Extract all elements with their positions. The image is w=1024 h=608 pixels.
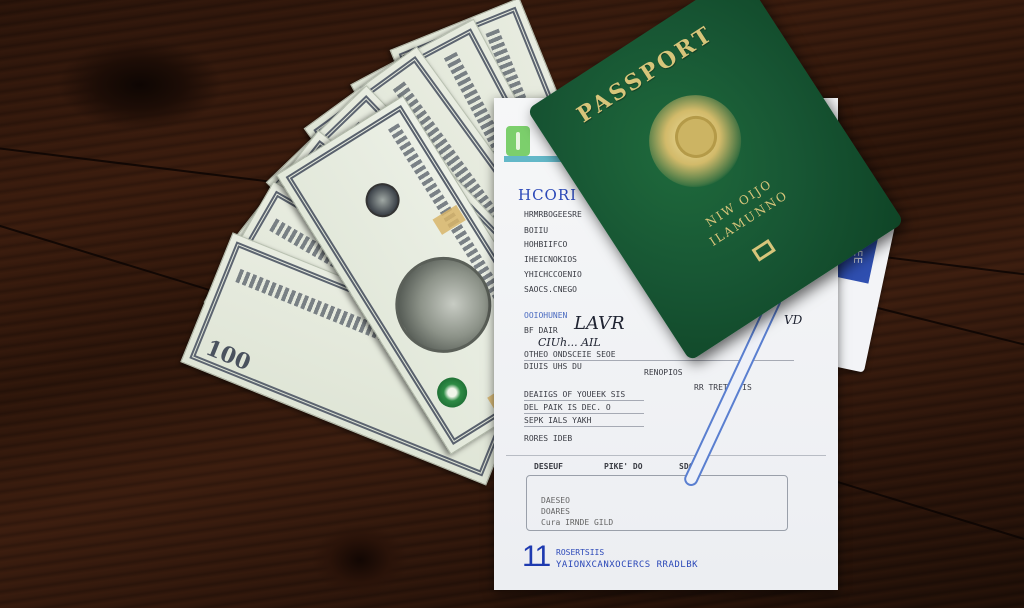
form-band bbox=[504, 156, 564, 162]
handwritten-note: VD bbox=[784, 313, 802, 327]
form-divider bbox=[506, 455, 826, 456]
form-line: HRMRBOGEESRE bbox=[524, 210, 582, 219]
form-rule bbox=[524, 400, 644, 401]
treasury-seal-icon bbox=[359, 177, 406, 224]
form-line: RORES IDEB bbox=[524, 434, 572, 443]
form-line: YHICHCCOENIO bbox=[524, 270, 582, 279]
eagle-emblem-icon bbox=[632, 77, 759, 204]
handwritten-name: CIUh... AIL bbox=[538, 336, 601, 349]
handwritten-signature: LAVR bbox=[574, 313, 625, 334]
form-line: RENOPIOS bbox=[644, 368, 683, 377]
form-logo-icon bbox=[506, 126, 530, 156]
form-line: OTHEO ONDSCEIE SEOE bbox=[524, 350, 616, 359]
box-line: DAESEO bbox=[541, 496, 570, 505]
box-line: DOARES bbox=[541, 507, 570, 516]
green-seal-icon bbox=[431, 372, 472, 413]
form-number: 11 bbox=[522, 540, 549, 574]
form-footer: ROSERTSIIS bbox=[556, 548, 604, 557]
box-label: PIKE' DO bbox=[604, 462, 643, 471]
form-line: DIUIS UHS DU bbox=[524, 362, 582, 371]
form-rule bbox=[524, 426, 644, 427]
form-line: DEL PAIK IS DEC. O bbox=[524, 403, 611, 412]
form-line: OOIOHUNEN bbox=[524, 311, 567, 320]
form-line: HOHBIIFCO bbox=[524, 240, 567, 249]
form-line: IHEICNOKIOS bbox=[524, 255, 577, 264]
form-line: BF DAIR bbox=[524, 326, 558, 335]
form-line: RR TRETEY IS bbox=[694, 383, 752, 392]
portrait-image bbox=[377, 239, 509, 371]
box-label: DESEUF bbox=[534, 462, 563, 471]
form-line: DEAIIGS OF YOUEEK SIS bbox=[524, 390, 625, 399]
biometric-chip-icon bbox=[752, 239, 776, 262]
form-line: BOIIU bbox=[524, 226, 548, 235]
form-rule bbox=[524, 413, 644, 414]
form-footer: YAIONXCANXOCERCS RRADLBK bbox=[556, 560, 698, 570]
form-box: DAESEO DOARES Cura IRNDE GILD bbox=[526, 475, 788, 531]
box-line: Cura IRNDE GILD bbox=[541, 518, 613, 527]
form-heading: HCORI bbox=[518, 186, 577, 204]
form-line: SAOCS.CNEGO bbox=[524, 285, 577, 294]
form-line: SEPK IALS YAKH bbox=[524, 416, 591, 425]
